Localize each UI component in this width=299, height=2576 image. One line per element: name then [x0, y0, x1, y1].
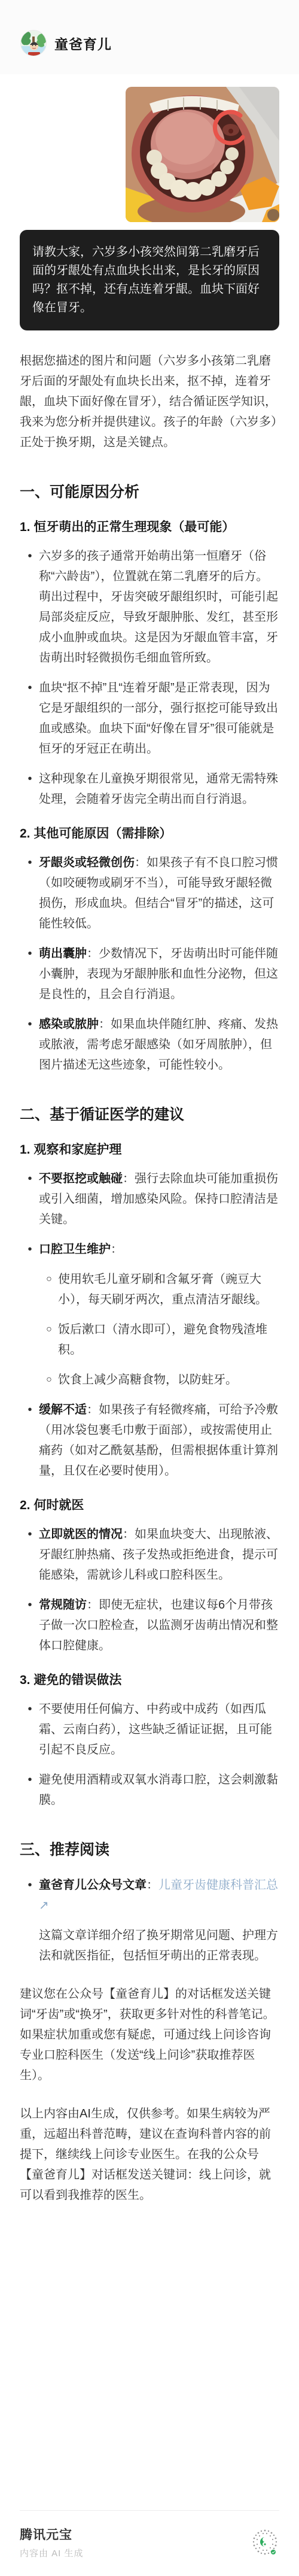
section-2-sub-2-title: 2. 何时就医 — [20, 1495, 279, 1513]
list-item-text: 不要使用任何偏方、中药或中成药（如西瓜霜、云南白药），这些缺乏循证证据，且可能引… — [39, 1699, 279, 1760]
list-item-text: 不要抠挖或触碰：强行去除血块可能加重损伤或引入细菌，增加感染风险。保持口腔清洁是… — [39, 1169, 279, 1230]
list-item-lead: 缓解不适 — [39, 1403, 87, 1416]
closing-paragraph-1: 建议您在公众号【童爸育儿】的对话框发送关键词“牙齿”或“换牙”，获取更多针对性的… — [20, 1984, 279, 2086]
qr-stamp-icon[interactable] — [251, 2528, 279, 2557]
bullet-icon: • — [21, 1014, 39, 1075]
list-item-lead: 口腔卫生维护 — [39, 1243, 111, 1256]
list-item: • 不要使用任何偏方、中药或中成药（如西瓜霜、云南白药），这些缺乏循证证据，且可… — [21, 1699, 279, 1760]
section-1-sub-2-title: 2. 其他可能原因（需排除） — [20, 824, 279, 842]
closing-paragraph-2: 以上内容由AI生成，仅供参考。如果生病较为严重，远超出科普范畴，建议在查询科普内… — [20, 2104, 279, 2205]
bullet-icon: • — [21, 678, 39, 759]
list-item-text: 避免使用酒精或双氧水消毒口腔，这会刺激黏膜。 — [39, 1770, 279, 1810]
account-title: 童爸育儿 — [54, 34, 112, 53]
list-item-text: 常规随访：即使无症状，也建议每6个月带孩子做一次口腔检查，以监测牙齿萌出情况和整… — [39, 1595, 279, 1656]
hollow-bullet-icon: ○ — [40, 1269, 58, 1310]
bullet-icon: • — [21, 1770, 39, 1810]
list-item-lead: 感染或脓肿 — [39, 1018, 99, 1031]
ai-answer: 根据您描述的图片和问题（六岁多小孩第二乳磨牙后面的牙龈处有血块长出来，抠不掉，连… — [20, 351, 279, 2205]
bullet-icon: • — [21, 1169, 39, 1230]
list-item-text: 童爸育儿公众号文章：儿童牙齿健康科普汇总 ↗ — [39, 1875, 279, 1916]
sub-list-item: ○ 饭后漱口（清水即可），避免食物残渣堆积。 — [40, 1319, 279, 1360]
list-item-lead: 童爸育儿公众号文章 — [39, 1879, 147, 1892]
bullet-icon: • — [21, 1400, 39, 1481]
bullet-icon: • — [21, 1595, 39, 1656]
sub-list-item-text: 饭后漱口（清水即可），避免食物残渣堆积。 — [58, 1319, 279, 1360]
list-item: • 不要抠挖或触碰：强行去除血块可能加重损伤或引入细菌，增加感染风险。保持口腔清… — [21, 1169, 279, 1230]
ai-generated-note: 内容由 AI 生成 — [20, 2547, 251, 2559]
list-item-text: 萌出囊肿：少数情况下，牙齿萌出时可能伴随小囊肿，表现为牙龈肿胀和血性分泌物，但这… — [39, 943, 279, 1005]
list-item-text: 血块“抠不掉”且“连着牙龈”是正常表现，因为它是牙龈组织的一部分，强行抠挖可能导… — [39, 678, 279, 759]
bullet-icon: • — [21, 769, 39, 809]
share-card-page: 童爸育儿 — [0, 0, 299, 2576]
brand-name: 腾讯元宝 — [20, 2525, 251, 2543]
section-1-title: 一、可能原因分析 — [20, 480, 279, 502]
sub-list-item: ○ 使用软毛儿童牙刷和含氟牙膏（豌豆大小），每天刷牙两次，重点清洁牙龈线。 — [40, 1269, 279, 1310]
list-item: • 立即就医的情况：如果血块变大、出现脓液、牙龈红肿热痛、孩子发热或拒绝进食，提… — [21, 1524, 279, 1585]
list-item-text: 感染或脓肿：如果血块伴随红肿、疼痛、发热或脓液，需考虑牙龈感染（如牙周脓肿），但… — [39, 1014, 279, 1075]
sub-list-item-text: 饮食上减少高糖食物，以防蛀牙。 — [58, 1370, 279, 1390]
list-item-text: 六岁多的孩子通常开始萌出第一恒磨牙（俗称“六龄齿”），位置就在第二乳磨牙的后方。… — [39, 546, 279, 668]
user-question-bubble: 请教大家，六岁多小孩突然间第二乳磨牙后面的牙龈处有点血块长出来，是长牙的原因吗？… — [20, 230, 279, 330]
bullet-icon: • — [21, 943, 39, 1005]
list-item: • 口腔卫生维护： — [21, 1239, 279, 1260]
list-item-lead: 萌出囊肿 — [39, 947, 87, 960]
section-1-sub-1-title: 1. 恒牙萌出的正常生理现象（最可能） — [20, 517, 279, 535]
sub-list-item-text: 使用软毛儿童牙刷和含氟牙膏（豌豆大小），每天刷牙两次，重点清洁牙龈线。 — [58, 1269, 279, 1310]
list-item: • 缓解不适：如果孩子有轻微疼痛，可给予冷敷（用冰袋包裹毛巾敷于面部），或按需使… — [21, 1400, 279, 1481]
list-item: • 常规随访：即使无症状，也建议每6个月带孩子做一次口腔检查，以监测牙齿萌出情况… — [21, 1595, 279, 1656]
chat-content: 请教大家，六岁多小孩突然间第二乳磨牙后面的牙龈处有点血块长出来，是长牙的原因吗？… — [0, 74, 299, 2205]
list-item-body: ： — [111, 1243, 123, 1256]
section-2-sub-3-title: 3. 避免的错误做法 — [20, 1670, 279, 1688]
answer-intro: 根据您描述的图片和问题（六岁多小孩第二乳磨牙后面的牙龈处有血块长出来，抠不掉，连… — [20, 351, 279, 453]
hollow-bullet-icon: ○ — [40, 1319, 58, 1360]
article-description: 这篇文章详细介绍了换牙期常见问题、护理方法和就医指征，包括恒牙萌出的正常表现。 — [39, 1925, 279, 1966]
list-item-text: 这种现象在儿童换牙期很常见，通常无需特殊处理，会随着牙齿完全萌出而自行消退。 — [39, 769, 279, 809]
user-photo-message[interactable] — [126, 87, 279, 222]
list-item-lead: 牙龈炎或轻微创伤 — [39, 856, 135, 869]
section-2-sub-1-title: 1. 观察和家庭护理 — [20, 1140, 279, 1158]
user-question-text: 请教大家，六岁多小孩突然间第二乳磨牙后面的牙龈处有点血块长出来，是长牙的原因吗？… — [32, 245, 260, 314]
list-item-text: 口腔卫生维护： — [39, 1239, 279, 1260]
list-item: • 这种现象在儿童换牙期很常见，通常无需特殊处理，会随着牙齿完全萌出而自行消退。 — [21, 769, 279, 809]
brand-footer: 腾讯元宝 内容由 AI 生成 — [0, 2510, 299, 2576]
list-item: • 血块“抠不掉”且“连着牙龈”是正常表现，因为它是牙龈组织的一部分，强行抠挖可… — [21, 678, 279, 759]
avatar-illustration-icon — [21, 31, 47, 56]
list-item: • 童爸育儿公众号文章：儿童牙齿健康科普汇总 ↗ — [21, 1875, 279, 1916]
list-item: • 六岁多的孩子通常开始萌出第一恒磨牙（俗称“六龄齿”），位置就在第二乳磨牙的后… — [21, 546, 279, 668]
bullet-icon: • — [21, 1699, 39, 1760]
section-3-title: 三、推荐阅读 — [20, 1838, 279, 1859]
list-item: • 牙龈炎或轻微创伤：如果孩子有不良口腔习惯（如咬硬物或刷牙不当），可能导致牙龈… — [21, 852, 279, 934]
list-item: • 萌出囊肿：少数情况下，牙齿萌出时可能伴随小囊肿，表现为牙龈肿胀和血性分泌物，… — [21, 943, 279, 1005]
account-avatar[interactable] — [20, 30, 47, 56]
hollow-bullet-icon: ○ — [40, 1370, 58, 1390]
child-mouth-photo — [126, 87, 279, 222]
list-item: • 感染或脓肿：如果血块伴随红肿、疼痛、发热或脓液，需考虑牙龈感染（如牙周脓肿）… — [21, 1014, 279, 1075]
list-item: • 避免使用酒精或双氧水消毒口腔，这会刺激黏膜。 — [21, 1770, 279, 1810]
list-item-lead: 立即就医的情况 — [39, 1528, 123, 1541]
list-item-text: 牙龈炎或轻微创伤：如果孩子有不良口腔习惯（如咬硬物或刷牙不当），可能导致牙龈轻微… — [39, 852, 279, 934]
bullet-icon: • — [21, 1524, 39, 1585]
sub-list-item: ○ 饮食上减少高糖食物，以防蛀牙。 — [40, 1370, 279, 1390]
list-item-lead: 不要抠挖或触碰 — [39, 1172, 123, 1185]
bullet-icon: • — [21, 546, 39, 668]
list-item-lead: 常规随访 — [39, 1598, 87, 1612]
list-item-text: 立即就医的情况：如果血块变大、出现脓液、牙龈红肿热痛、孩子发热或拒绝进食，提示可… — [39, 1524, 279, 1585]
bullet-icon: • — [21, 1239, 39, 1260]
bullet-icon: • — [21, 852, 39, 934]
list-item-text: 缓解不适：如果孩子有轻微疼痛，可给予冷敷（用冰袋包裹毛巾敷于面部），或按需使用止… — [39, 1400, 279, 1481]
section-2-title: 二、基于循证医学的建议 — [20, 1103, 279, 1124]
list-item-colon: ： — [147, 1879, 158, 1892]
account-header: 童爸育儿 — [0, 0, 299, 74]
bullet-icon: • — [21, 1875, 39, 1916]
